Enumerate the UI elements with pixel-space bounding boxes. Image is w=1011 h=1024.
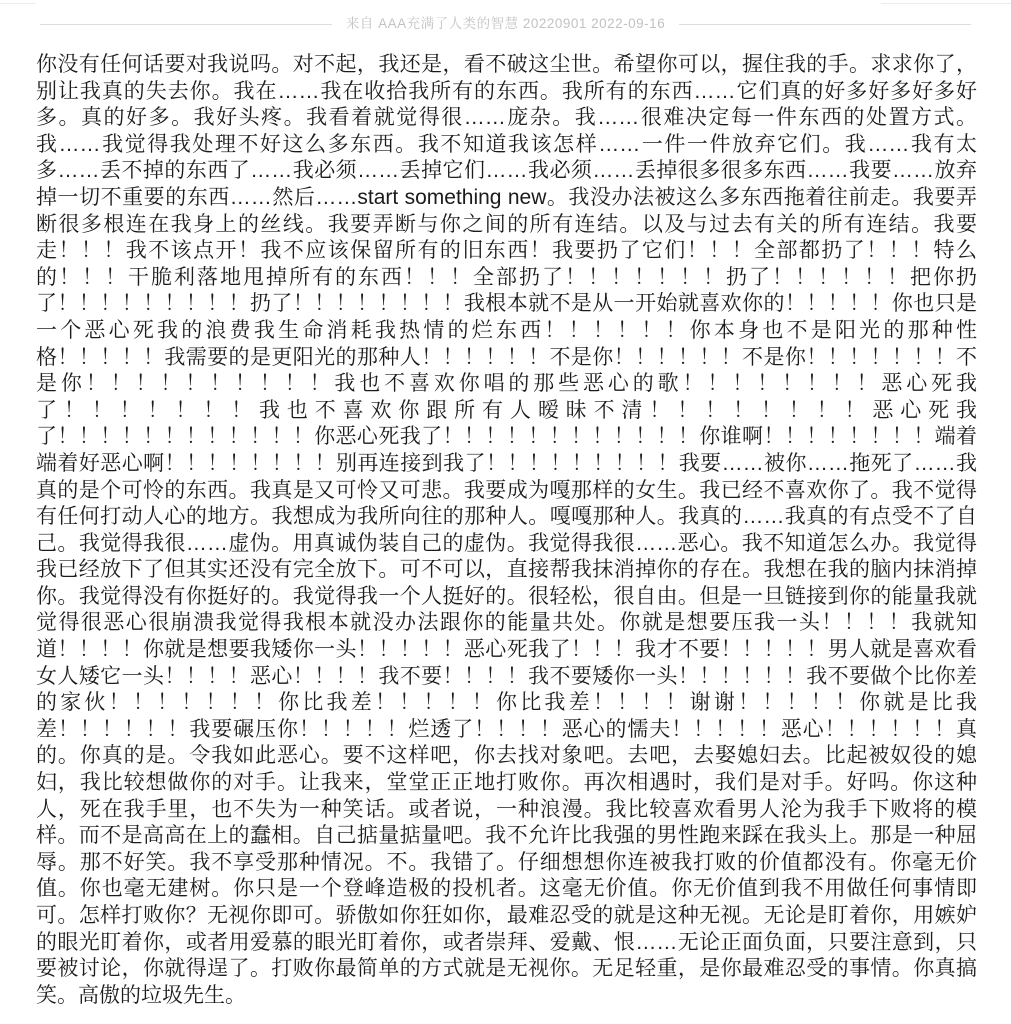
top-edge-line-left bbox=[0, 3, 36, 4]
header-divider-left bbox=[40, 24, 332, 25]
diary-body-text: 你没有任何话要对我说吗。对不起，我还是，看不破这尘世。希望你可以，握住我的手。求… bbox=[36, 52, 977, 1009]
document-page: 来自 AAA充满了人类的智慧 20220901 2022-09-16 你没有任何… bbox=[0, 0, 1011, 1024]
top-edge-line-right bbox=[881, 3, 1011, 4]
source-label: 来自 AAA充满了人类的智慧 20220901 2022-09-16 bbox=[346, 14, 665, 34]
header-divider-right bbox=[679, 24, 971, 25]
source-header: 来自 AAA充满了人类的智慧 20220901 2022-09-16 bbox=[40, 14, 971, 34]
